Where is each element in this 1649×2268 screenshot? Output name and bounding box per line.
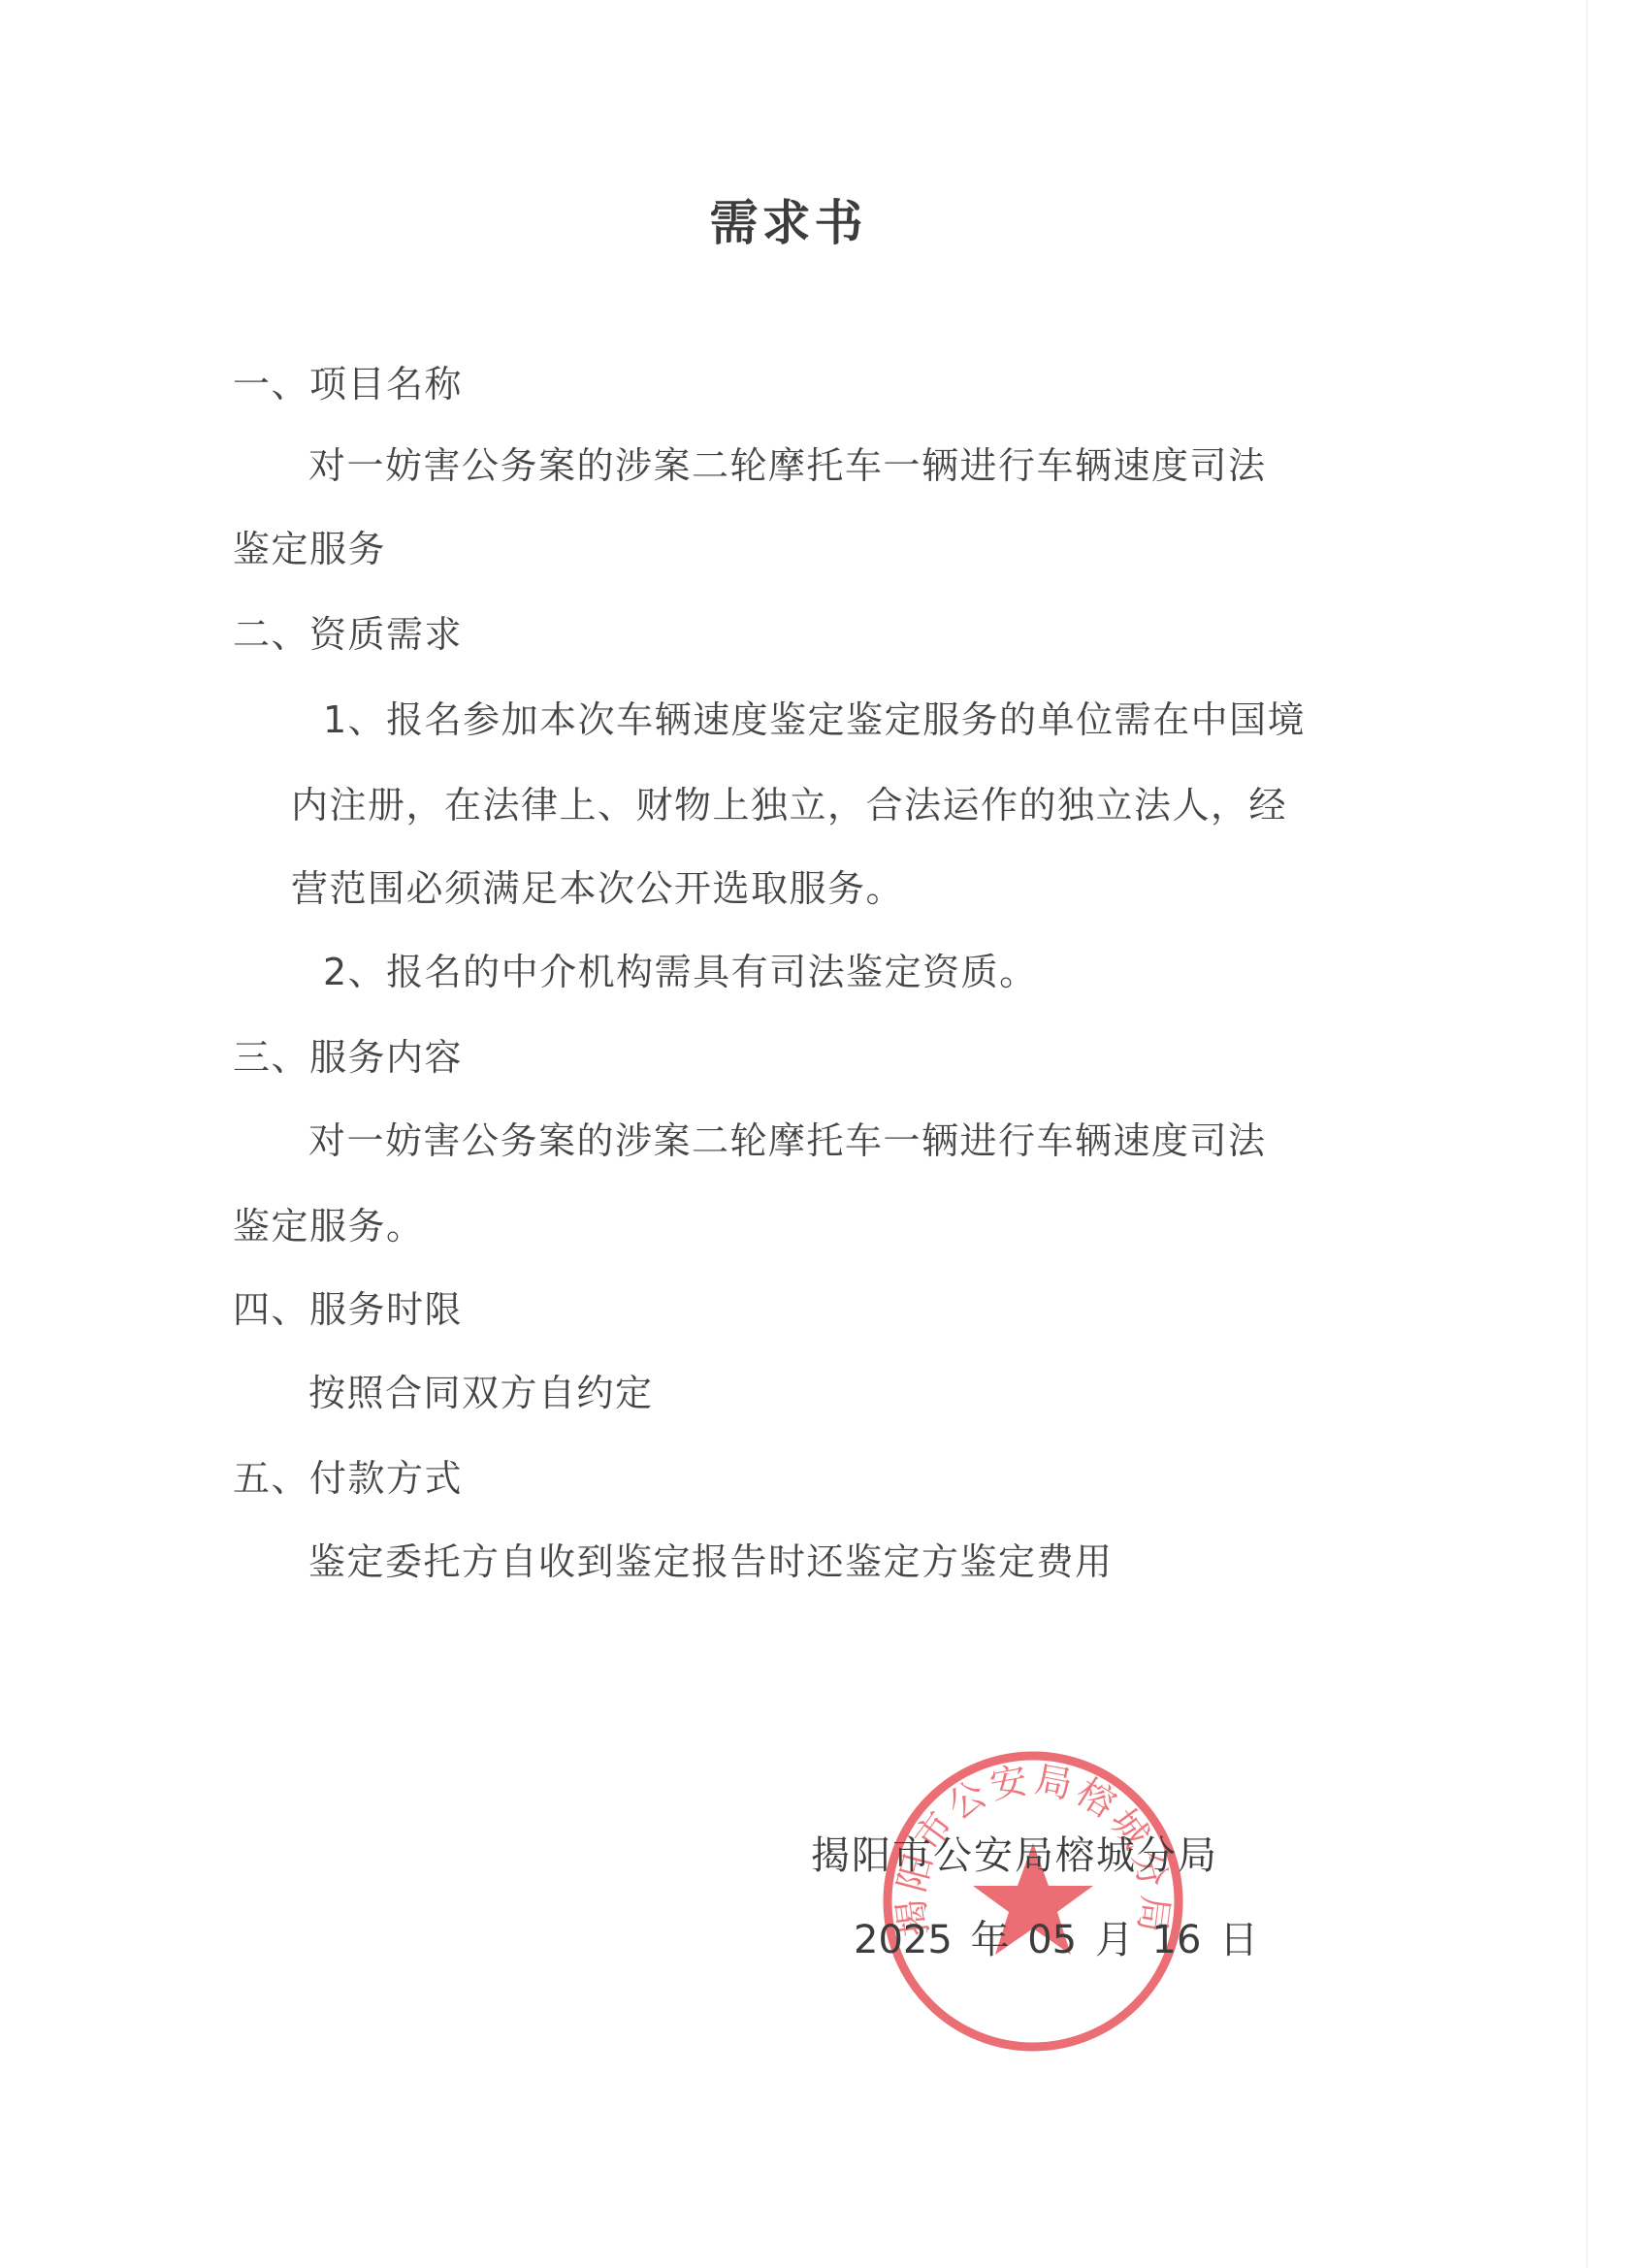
section-body-line: 对一妨害公务案的涉案二轮摩托车一辆进行车辆速度司法 xyxy=(308,442,1267,489)
section-body-line: 内注册，在法律上、财物上独立，合法运作的独立法人，经 xyxy=(291,782,1287,828)
signature-date: 2025 年 05 月 16 日 xyxy=(854,1916,1258,1964)
section-heading-payment-method: 五、付款方式 xyxy=(233,1455,463,1502)
section-body-line: 鉴定服务 xyxy=(233,526,386,572)
section-heading-service-content: 三、服务内容 xyxy=(233,1034,463,1081)
scan-edge xyxy=(1586,0,1588,2268)
section-heading-project-name: 一、项目名称 xyxy=(233,361,463,407)
section-body-line: 鉴定委托方自收到鉴定报告时还鉴定方鉴定费用 xyxy=(308,1539,1114,1585)
section-body-line: 对一妨害公务案的涉案二轮摩托车一辆进行车辆速度司法 xyxy=(308,1118,1267,1164)
section-body-line: 鉴定服务。 xyxy=(233,1203,425,1249)
section-body-line: 按照合同双方自约定 xyxy=(308,1370,654,1416)
section-heading-qualification: 二、资质需求 xyxy=(233,611,463,658)
document-page: 需求书 一、项目名称 对一妨害公务案的涉案二轮摩托车一辆进行车辆速度司法 鉴定服… xyxy=(0,0,1649,2268)
signature-organization: 揭阳市公安局榕城分局 xyxy=(811,1831,1218,1880)
section-body-line: 1、报名参加本次车辆速度鉴定鉴定服务的单位需在中国境 xyxy=(323,697,1306,743)
section-body-line: 营范围必须满足本次公开选取服务。 xyxy=(291,865,904,912)
document-title: 需求书 xyxy=(0,184,1576,254)
section-body-line: 2、报名的中介机构需具有司法鉴定资质。 xyxy=(323,949,1038,995)
official-seal-stamp: 揭阳市公安局榕城分局 xyxy=(878,1746,1188,2057)
section-heading-service-period: 四、服务时限 xyxy=(233,1286,463,1333)
